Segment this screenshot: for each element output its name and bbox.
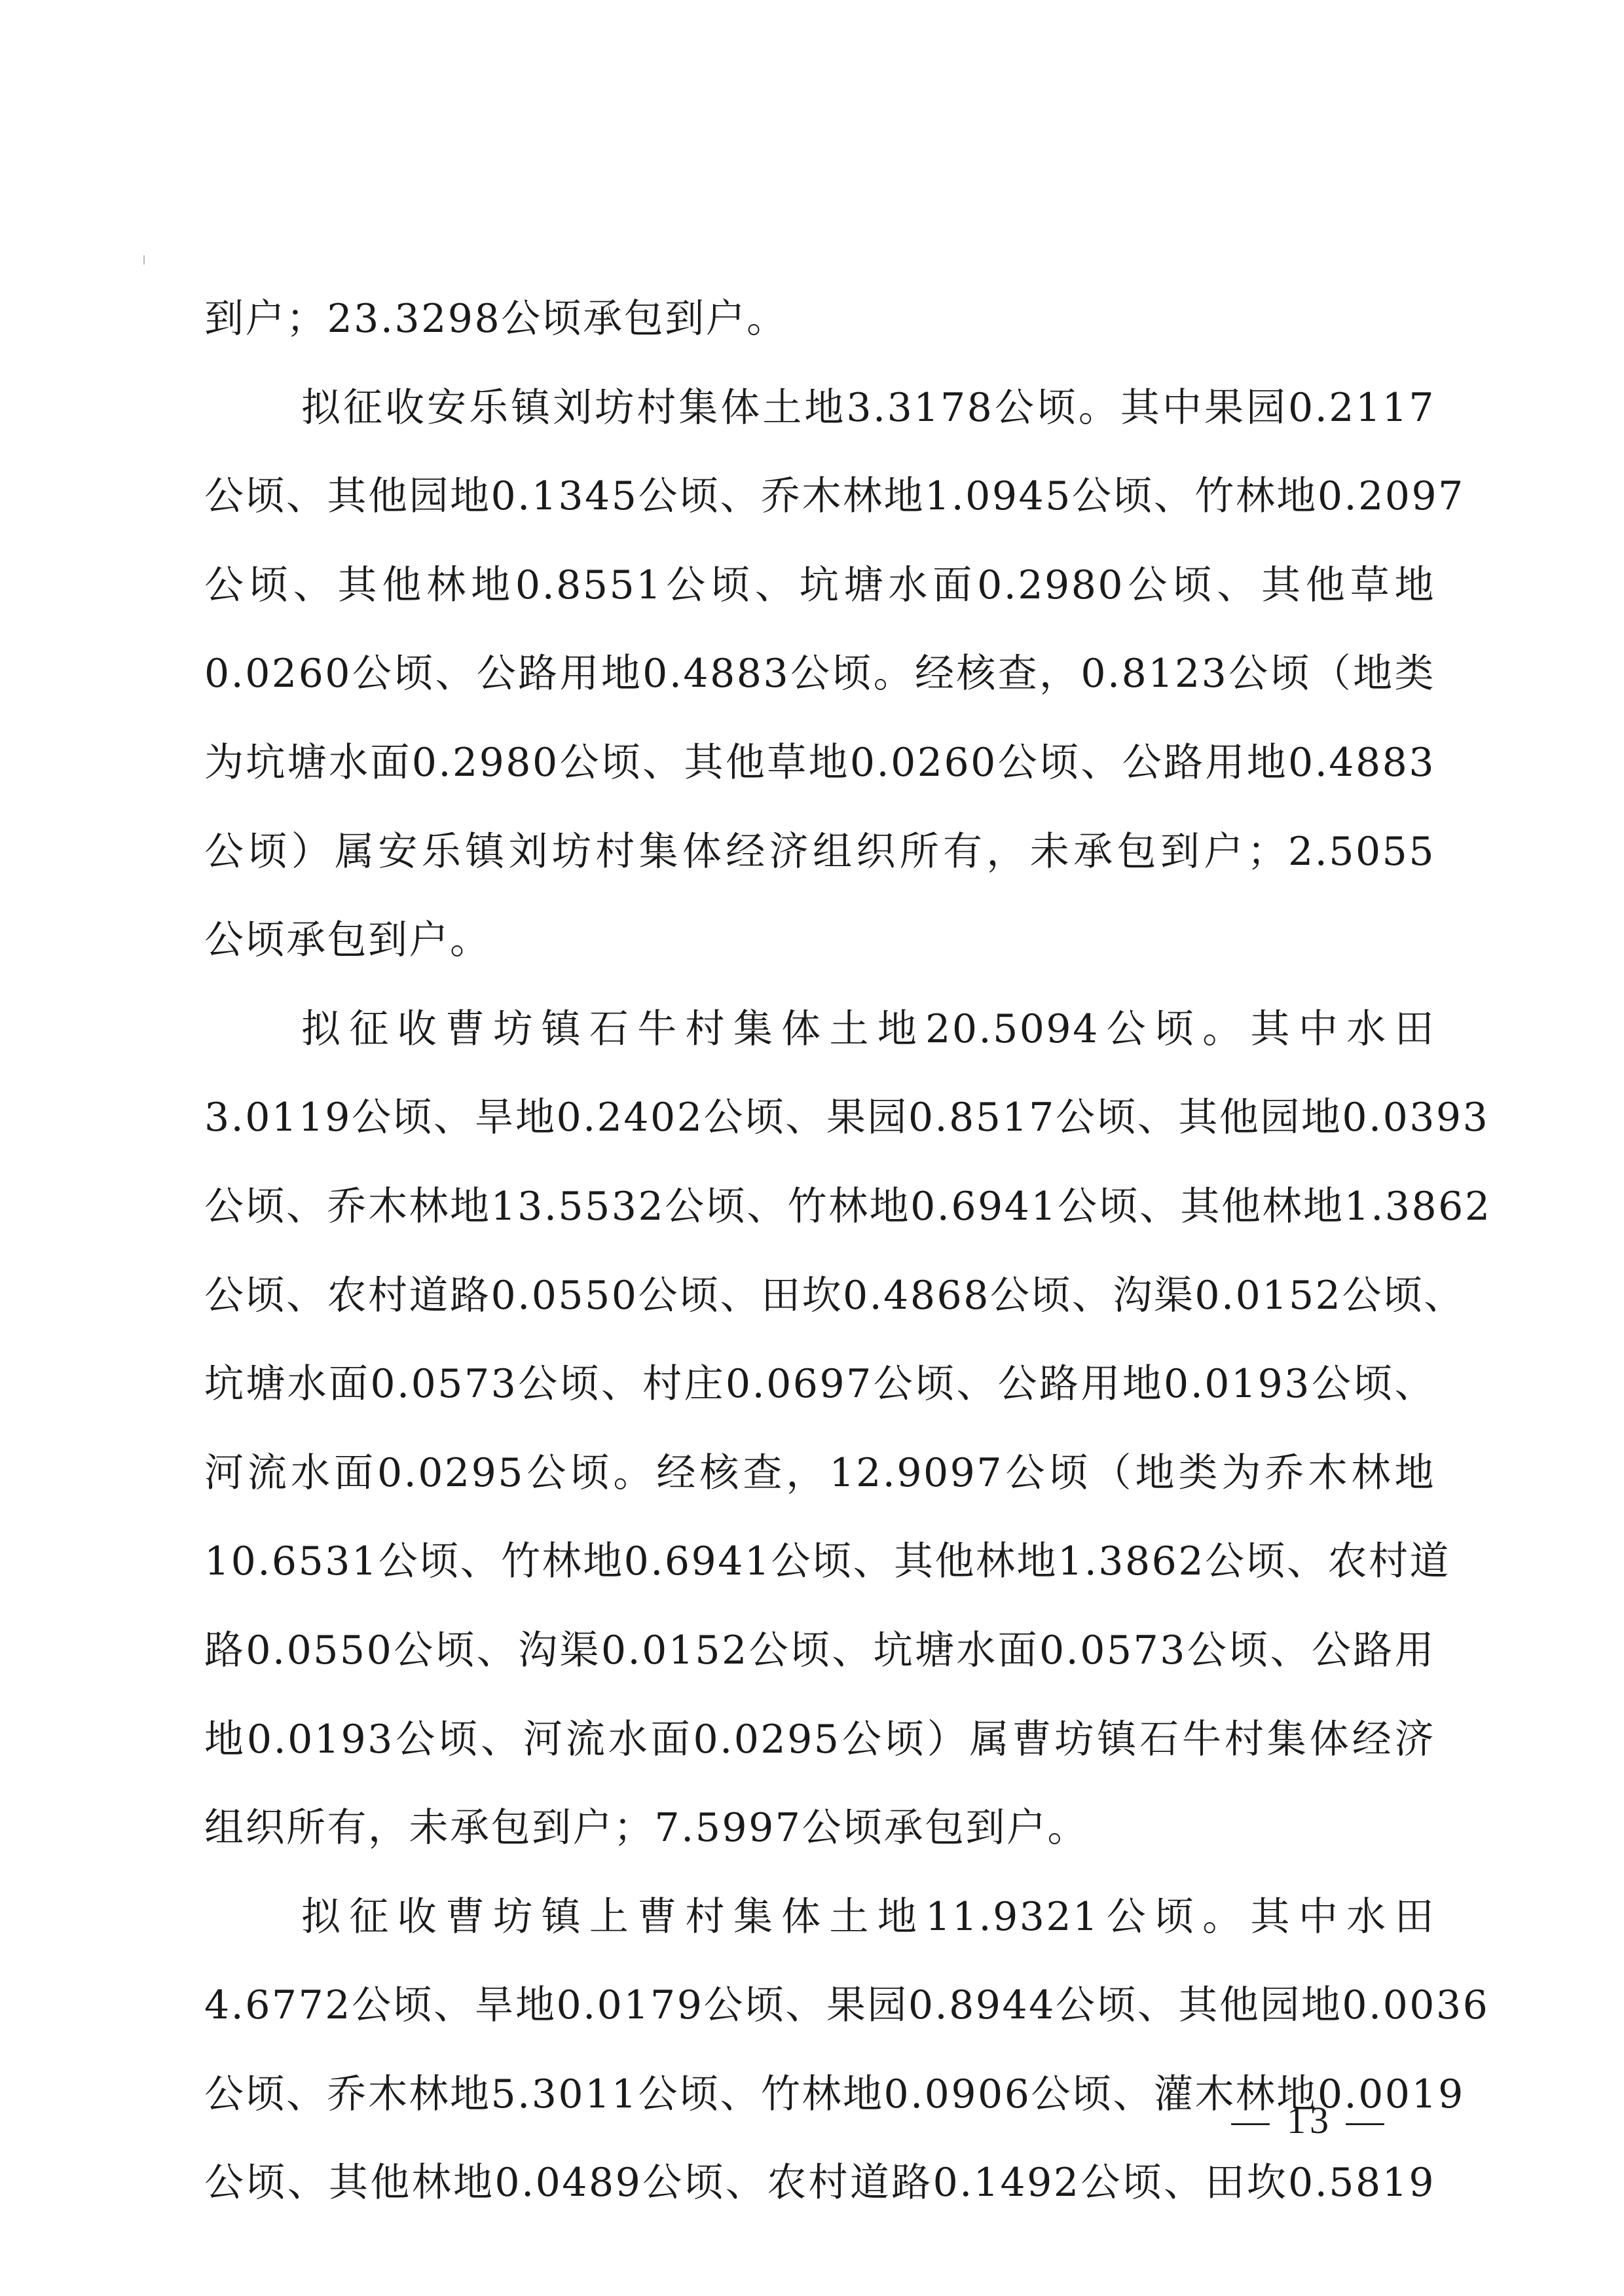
text-line: 公顷、农村道路0.0550公顷、田坎0.4868公顷、沟渠0.0152公顷、 (204, 1252, 1435, 1341)
document-body: 到户；23.3298公顷承包到户。 拟征收安乐镇刘坊村集体土地3.3178公顷。… (204, 275, 1435, 2228)
text-line: 路0.0550公顷、沟渠0.0152公顷、坑塘水面0.0573公顷、公路用 (204, 1607, 1435, 1696)
text-line: 公顷、其他林地0.0489公顷、农村道路0.1492公顷、田坎0.5819 (204, 2139, 1435, 2228)
text-line: 坑塘水面0.0573公顷、村庄0.0697公顷、公路用地0.0193公顷、 (204, 1340, 1435, 1429)
text-line: 公顷、其他林地0.8551公顷、坑塘水面0.2980公顷、其他草地 (204, 541, 1435, 630)
text-line: 0.0260公顷、公路用地0.4883公顷。经核查，0.8123公顷（地类 (204, 630, 1435, 719)
paragraph-first-line: 拟征收曹坊镇石牛村集体土地20.5094公顷。其中水田 (204, 985, 1435, 1074)
document-page: 到户；23.3298公顷承包到户。 拟征收安乐镇刘坊村集体土地3.3178公顷。… (0, 0, 1624, 2296)
text-line: 公顷）属安乐镇刘坊村集体经济组织所有，未承包到户；2.5055 (204, 808, 1435, 897)
text-line: 地0.0193公顷、河流水面0.0295公顷）属曹坊镇石牛村集体经济 (204, 1696, 1435, 1785)
paragraph-first-line: 拟征收安乐镇刘坊村集体土地3.3178公顷。其中果园0.2117 (204, 364, 1435, 453)
text-line: 为坑塘水面0.2980公顷、其他草地0.0260公顷、公路用地0.4883 (204, 719, 1435, 808)
text-line: 3.0119公顷、旱地0.2402公顷、果园0.8517公顷、其他园地0.039… (204, 1074, 1435, 1163)
text-line: 河流水面0.0295公顷。经核查，12.9097公顷（地类为乔木林地 (204, 1429, 1435, 1518)
scan-artifact (143, 255, 145, 264)
text-line: 公顷承包到户。 (204, 896, 1435, 985)
text-line: 到户；23.3298公顷承包到户。 (204, 275, 1435, 364)
text-line: 10.6531公顷、竹林地0.6941公顷、其他林地1.3862公顷、农村道 (204, 1518, 1435, 1607)
text-line: 公顷、乔木林地13.5532公顷、竹林地0.6941公顷、其他林地1.3862 (204, 1163, 1435, 1252)
text-line: 组织所有，未承包到户；7.5997公顷承包到户。 (204, 1784, 1435, 1873)
text-line: 公顷、其他园地0.1345公顷、乔木林地1.0945公顷、竹林地0.2097 (204, 452, 1435, 541)
paragraph-first-line: 拟征收曹坊镇上曹村集体土地11.9321公顷。其中水田 (204, 1873, 1435, 1962)
text-line: 4.6772公顷、旱地0.0179公顷、果园0.8944公顷、其他园地0.003… (204, 1961, 1435, 2050)
page-number: — 13 — (1211, 2098, 1408, 2142)
